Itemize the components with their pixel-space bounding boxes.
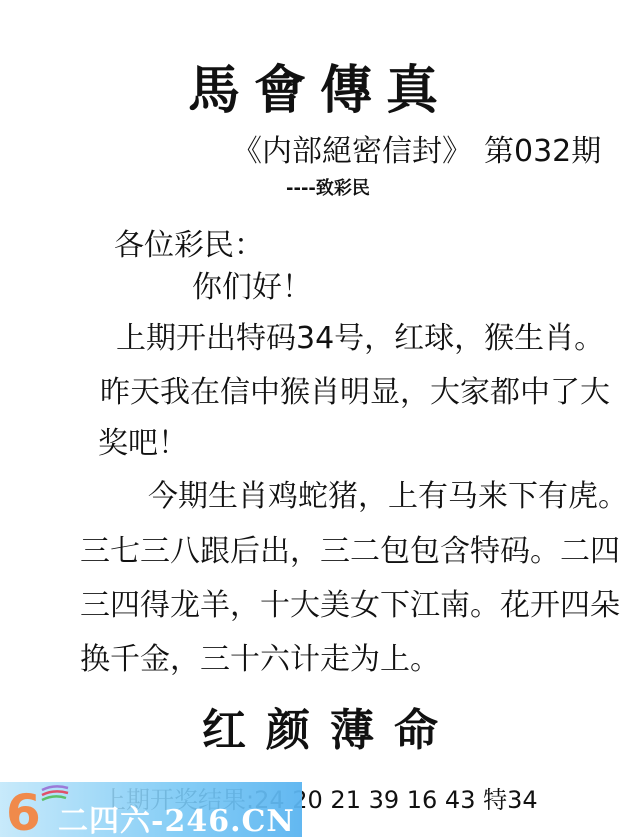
salutation: 各位彩民： bbox=[114, 220, 264, 264]
letter-line: 三四得龙羊，十大美女下江南。花开四朵 bbox=[80, 580, 620, 624]
subtitle: 《内部絕密信封》第032期 bbox=[232, 126, 601, 170]
greeting: 你们好！ bbox=[192, 262, 312, 306]
letter-line: 三七三八跟后出，三二包包含特码。二四 bbox=[80, 526, 620, 570]
subtitle-text: 《内部絕密信封》 bbox=[232, 134, 472, 169]
letter-line: 上期开出特码34号，红球，猴生肖。 bbox=[116, 313, 604, 357]
issue-number: 第032期 bbox=[484, 134, 601, 169]
slogan: 红颜薄命 bbox=[0, 694, 640, 758]
page-title: 馬會傳真 bbox=[0, 48, 640, 123]
addressee-note: ----致彩民 bbox=[286, 174, 370, 200]
letter-line: 今期生肖鸡蛇猪，上有马来下有虎。 bbox=[148, 471, 628, 515]
letter-line: 换千金，三十六计走为上。 bbox=[80, 634, 440, 678]
letter-line: 昨天我在信中猴肖明显，大家都中了大 bbox=[100, 367, 610, 411]
letter-line: 奖吧！ bbox=[98, 418, 188, 462]
watermark-logo-icon: 6 bbox=[6, 784, 41, 837]
watermark-text: 二四六-246.CN bbox=[58, 796, 295, 837]
